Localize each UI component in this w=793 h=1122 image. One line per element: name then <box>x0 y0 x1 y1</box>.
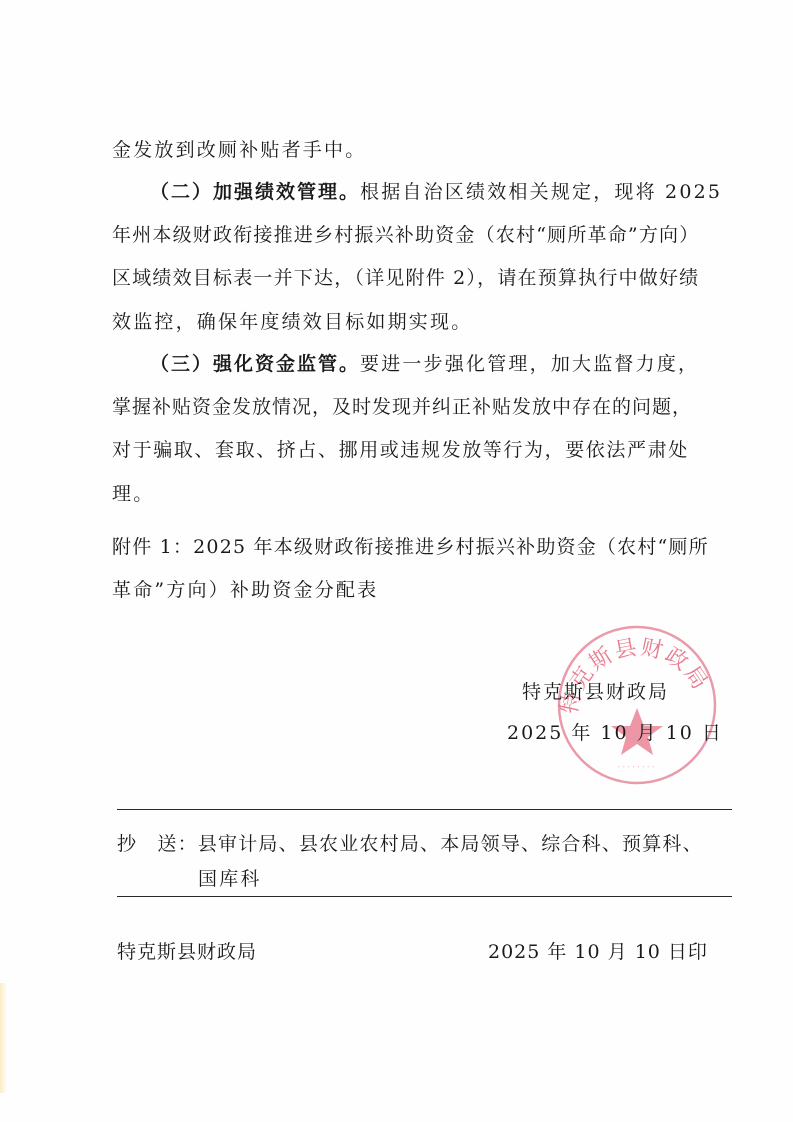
signature-organization: 特克斯县财政局 <box>522 680 669 704</box>
section-2-line-2: 年州本级财政衔接推进乡村振兴补助资金（农村“厕所革命”方向） <box>112 223 732 247</box>
footer-issuer: 特克斯县财政局 <box>117 940 257 964</box>
scan-edge-tint <box>0 983 6 1093</box>
cc-bottom-rule <box>117 896 732 897</box>
section-2-line-3: 区域绩效目标表一并下达，（详见附件 2），请在预算执行中做好绩 <box>112 266 732 290</box>
section-2-heading: （二）加强绩效管理。 <box>150 181 360 203</box>
cc-recipients-line-2: 国库科 <box>198 867 793 891</box>
section-3-line-3: 对于骗取、套取、挤占、挪用或违规发放等行为，要依法严肃处 <box>112 438 732 462</box>
svg-text:‧‧‧‧‧‧‧‧: ‧‧‧‧‧‧‧‧ <box>618 763 657 773</box>
cc-top-rule <box>117 809 732 810</box>
official-seal-icon: 特克斯县财政局 ‧‧‧‧‧‧‧‧ <box>552 620 722 790</box>
section-2-first-line: （二）加强绩效管理。根据自治区绩效相关规定，现将 2025 <box>150 180 735 204</box>
section-3-heading: （三）强化资金监管。 <box>150 353 360 375</box>
attachment-line-2: 革命”方向）补助资金分配表 <box>112 578 732 602</box>
document-page: 金发放到改厕补贴者手中。 （二）加强绩效管理。根据自治区绩效相关规定，现将 20… <box>0 0 793 1122</box>
section-3-first-line: （三）强化资金监管。要进一步强化管理，加大监督力度， <box>150 352 735 376</box>
section-3-line-2: 掌握补贴资金发放情况，及时发现并纠正补贴发放中存在的问题， <box>112 395 732 419</box>
cc-line-1: 抄 送：县审计局、县农业农村局、本局领导、综合科、预算科、 <box>117 832 737 856</box>
section-2-line-1: 根据自治区绩效相关规定，现将 2025 <box>360 181 722 203</box>
cc-recipients-line-1: 县审计局、县农业农村局、本局领导、综合科、预算科、 <box>198 833 703 855</box>
footer-print-date: 2025 年 10 月 10 日印 <box>488 940 708 964</box>
section-3-line-4: 理。 <box>112 482 732 506</box>
cc-label: 抄 送： <box>117 833 198 855</box>
continuation-line: 金发放到改厕补贴者手中。 <box>112 138 732 162</box>
section-3-line-1: 要进一步强化管理，加大监督力度， <box>360 353 699 375</box>
section-2-line-4: 效监控，确保年度绩效目标如期实现。 <box>112 310 732 334</box>
signature-date: 2025 年 10 月 10 日 <box>507 721 723 745</box>
attachment-line-1: 附件 1：2025 年本级财政衔接推进乡村振兴补助资金（农村“厕所 <box>112 535 732 559</box>
